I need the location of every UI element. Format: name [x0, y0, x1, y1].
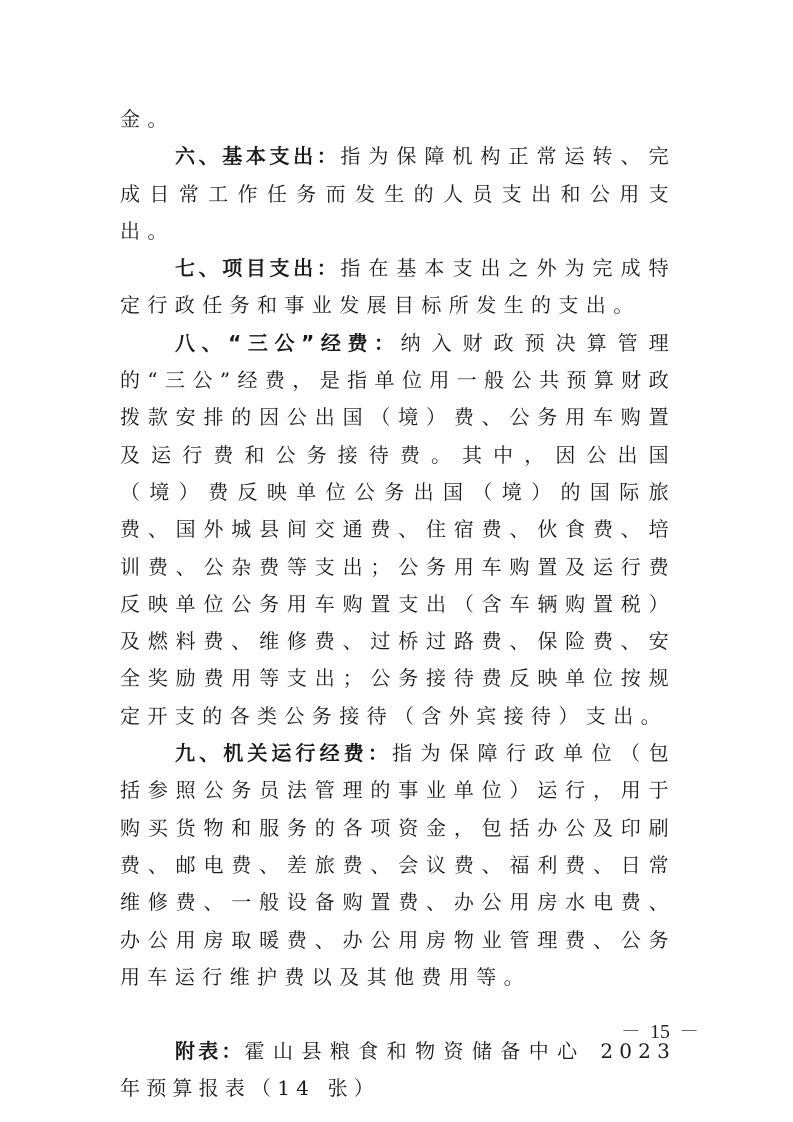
- attachment-note: 附表：霍山县粮食和物资储备中心 2023 年预算报表（14 张）: [120, 1033, 676, 1108]
- page-number-dash-left: －: [621, 1015, 641, 1044]
- paragraph-three-public-expenses: 八、“三公”经费：纳入财政预决算管理的“三公”经费，是指单位用一般公共预算财政拨…: [120, 325, 676, 735]
- definition-three-public-expenses: 纳入财政预决算管理的“三公”经费，是指单位用一般公共预算财政拨款安排的因公出国（…: [120, 331, 676, 728]
- term-three-public-expenses: 八、“三公”经费：: [175, 331, 401, 355]
- paragraph-project-expenditure: 七、项目支出：指在基本支出之外为完成特定行政任务和事业发展目标所发生的支出。: [120, 250, 676, 325]
- definition-agency-operating-expenses: 指为保障行政单位（包括参照公务员法管理的事业单位）运行，用于购买货物和服务的各项…: [120, 741, 676, 989]
- term-basic-expenditure: 六、基本支出：: [175, 144, 340, 168]
- term-agency-operating-expenses: 九、机关运行经费：: [175, 741, 392, 765]
- paragraph-basic-expenditure: 六、基本支出：指为保障机构正常运转、完成日常工作任务而发生的人员支出和公用支出。: [120, 138, 676, 250]
- paragraph-continuation: 金。: [120, 101, 676, 138]
- document-page: 金。 六、基本支出：指为保障机构正常运转、完成日常工作任务而发生的人员支出和公用…: [120, 101, 676, 1108]
- term-project-expenditure: 七、项目支出：: [175, 256, 340, 280]
- page-number-value: 15: [650, 1021, 670, 1043]
- paragraph-agency-operating-expenses: 九、机关运行经费：指为保障行政单位（包括参照公务员法管理的事业单位）运行，用于购…: [120, 735, 676, 996]
- paragraph-text: 金。: [120, 107, 175, 131]
- attachment-label: 附表：: [175, 1039, 245, 1063]
- spacer: [120, 996, 676, 1033]
- page-number: －15－: [612, 1015, 708, 1044]
- page-number-dash-right: －: [679, 1015, 699, 1044]
